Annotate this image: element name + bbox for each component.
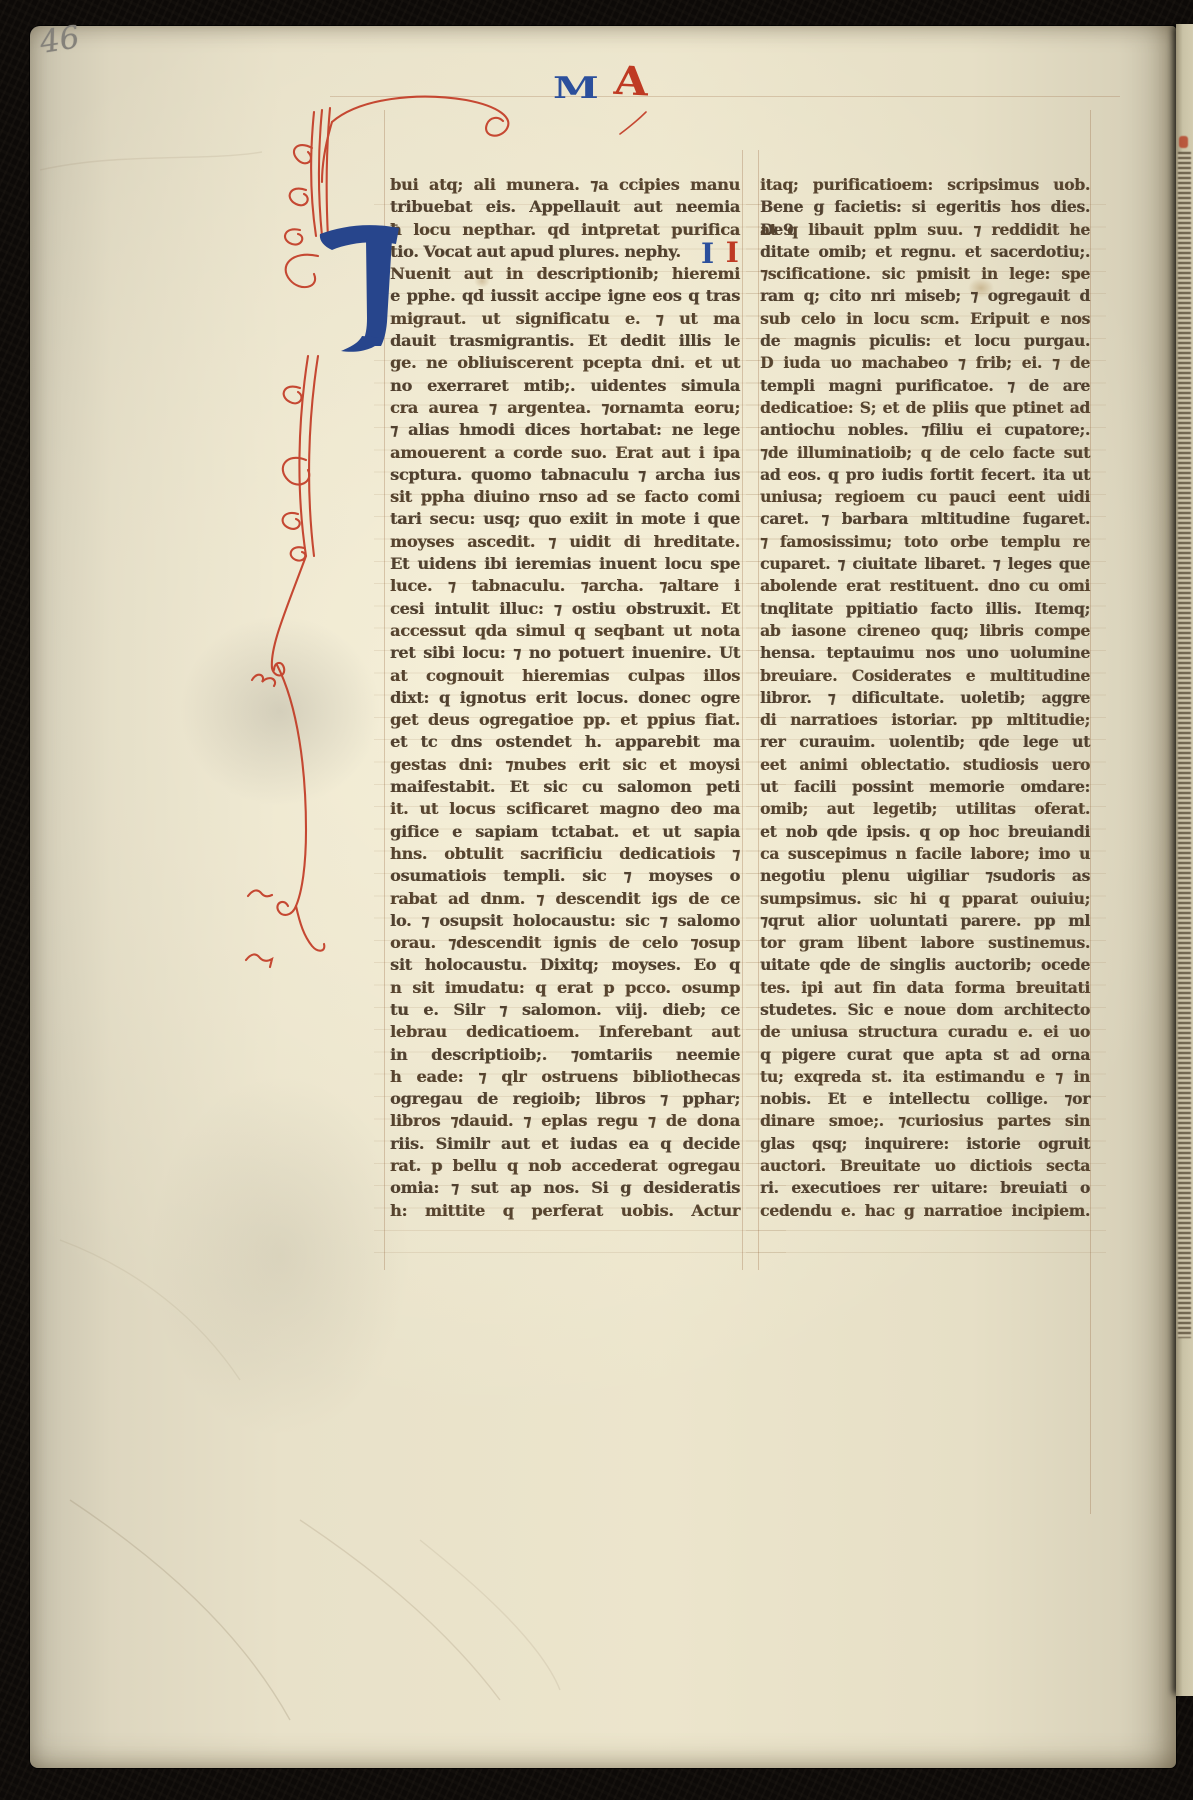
text-line: cedendu e. hac g narratioe incipiem. xyxy=(760,1200,1090,1222)
text-line: auctori. Breuitate uo dictiois secta xyxy=(760,1155,1090,1177)
text-line: ⁊ alias hmodi dices hortabat: ne lege xyxy=(390,419,740,441)
text-line: di narratioes istoriar. pp mltitudie; xyxy=(760,709,1090,731)
text-line: ut facili possint memorie omdare: xyxy=(760,776,1090,798)
text-line: it. ut locus scificaret magno deo ma xyxy=(390,798,740,820)
text-line: tu; exqreda st. ita estimandu e ⁊ in xyxy=(760,1066,1090,1088)
text-line: ⁊ famosissimu; toto orbe templu re xyxy=(760,531,1090,553)
text-line: lo. ⁊ osupsit holocaustu: sic ⁊ salomo xyxy=(390,910,740,932)
text-line: tio. Vocat aut apud plures. nephy. xyxy=(390,241,740,263)
next-page-edge xyxy=(1176,24,1193,1696)
column-ruling-line xyxy=(1090,110,1091,1514)
running-header-letter-blue: M xyxy=(553,73,599,103)
text-line: tribuebat eis. Appellauit aut neemia xyxy=(390,196,740,218)
text-line: hns. obtulit sacrificiu dedicatiois ⁊ xyxy=(390,843,740,865)
text-line: h eade: ⁊ qlr ostruens bibliothecas xyxy=(390,1066,740,1088)
text-line: dedicatioe: S; et de pliis que ptinet ad xyxy=(760,397,1090,419)
text-line: caret. ⁊ barbara mltitudine fugaret. xyxy=(760,508,1090,530)
parchment-smudge xyxy=(150,1076,410,1436)
text-line: rer curauim. uolentib; qde lege ut xyxy=(760,731,1090,753)
column-ruling-line xyxy=(758,150,759,1270)
text-line: tnqlitate ppitiatio facto illis. Itemq; xyxy=(760,598,1090,620)
text-line: itaq; purificatioem: scripsimus uob. xyxy=(760,174,1090,196)
left-text-column: bui atq; ali munera. ⁊a ccipies manutrib… xyxy=(390,174,740,1222)
text-line: bui atq; ali munera. ⁊a ccipies manu xyxy=(390,174,740,196)
folio-number: 46 xyxy=(37,19,82,61)
text-line: eet animi oblectatio. studiosis uero xyxy=(760,754,1090,776)
text-line: osumatiois templi. sic ⁊ moyses o xyxy=(390,865,740,887)
text-line: ad eos. q pro iudis fortit fecert. ita u… xyxy=(760,464,1090,486)
text-line: omia: ⁊ sut ap nos. Si g desideratis xyxy=(390,1177,740,1199)
text-line: at q libauit pplm suu. ⁊ reddidit he xyxy=(760,219,1090,241)
text-line: maifestabit. Et sic cu salomon peti xyxy=(390,776,740,798)
text-line: uniusa; regioem cu pauci eent uidi xyxy=(760,486,1090,508)
chapter-numeral-stroke-blue: I xyxy=(700,240,715,268)
text-line: studetes. Sic e noue dom architecto xyxy=(760,999,1090,1021)
text-line: q pigere curat que apta st ad orna xyxy=(760,1044,1090,1066)
text-line: negotiu plenu uigiliar ⁊sudoris as xyxy=(760,865,1090,887)
text-line: hensa. teptauimu nos uno uolumine xyxy=(760,642,1090,664)
text-line: moyses ascedit. ⁊ uidit di hreditate. xyxy=(390,531,740,553)
text-line: gifice e sapiam tctabat. et ut sapia xyxy=(390,821,740,843)
header-ruling-line xyxy=(330,96,1120,97)
text-line: omib; aut legetib; utilitas oferat. xyxy=(760,798,1090,820)
text-line: antiochu nobles. ⁊filiu ei cupatore;. xyxy=(760,419,1090,441)
text-line: amouerent a corde suo. Erat aut i ipa xyxy=(390,442,740,464)
text-line: e pphe. qd iussit accipe igne eos q tras xyxy=(390,285,740,307)
text-line: cesi intulit illuc: ⁊ ostiu obstruxit. E… xyxy=(390,598,740,620)
column-ruling-line xyxy=(742,150,743,1270)
text-line: uitate qde de singlis auctorib; ocede xyxy=(760,954,1090,976)
text-line: ⁊qrut alior uoluntati parere. pp ml xyxy=(760,910,1090,932)
text-line: de uniusa structura curadu e. ei uo xyxy=(760,1021,1090,1043)
text-line: et tc dns ostendet h. apparebit ma xyxy=(390,731,740,753)
text-line: dauit trasmigrantis. Et dedit illis le xyxy=(390,330,740,352)
text-line: lebrau dedicatioem. Inferebant aut xyxy=(390,1021,740,1043)
text-line: dixt: q ignotus erit locus. donec ogre xyxy=(390,687,740,709)
text-line: n sit imudatu: q erat p pcco. osump xyxy=(390,977,740,999)
next-page-text-edge xyxy=(1178,152,1191,1338)
text-line: templi magni purificatoe. ⁊ de are xyxy=(760,375,1090,397)
text-line: glas qsq; inquirere: istorie ogruit xyxy=(760,1133,1090,1155)
text-line: Bene g facietis: si egeritis hos dies. D… xyxy=(760,196,1090,218)
running-header-letter-red: A xyxy=(613,61,649,102)
next-page-rubric-mark xyxy=(1179,136,1188,148)
text-line: cra aurea ⁊ argentea. ⁊ornamta eoru; xyxy=(390,397,740,419)
text-line: ogregau de regioib; libros ⁊ pphar; xyxy=(390,1088,740,1110)
text-line: nobis. Et e intellectu collige. ⁊or xyxy=(760,1088,1090,1110)
text-line: ab iasone cireneo quq; libris compe xyxy=(760,620,1090,642)
text-line: ri. executioes rer uitare: breuiati o xyxy=(760,1177,1090,1199)
text-line: h: mittite q perferat uobis. Actur xyxy=(390,1200,740,1222)
chapter-numeral-stroke-red: I xyxy=(725,239,740,267)
text-line: riis. Similr aut et iudas ea q decide xyxy=(390,1133,740,1155)
chapter-numeral-II: I I xyxy=(700,240,740,268)
text-line: cuparet. ⁊ ciuitate libaret. ⁊ leges que xyxy=(760,553,1090,575)
text-line: gestas dni: ⁊nubes erit sic et moysi xyxy=(390,754,740,776)
text-line: tu e. Silr ⁊ salomon. viij. dieb; ce xyxy=(390,999,740,1021)
text-line: Nuenit aut in descriptionib; hieremi xyxy=(390,263,740,285)
text-line: migraut. ut significatu e. ⁊ ut ma xyxy=(390,308,740,330)
text-line: tari secu: usq; quo exiit in mote i que xyxy=(390,508,740,530)
text-line: at cognouit hieremias culpas illos xyxy=(390,665,740,687)
text-line: sit ppha diuino rnso ad se facto comi xyxy=(390,486,740,508)
text-line: luce. ⁊ tabnaculu. ⁊archa. ⁊altare i xyxy=(390,575,740,597)
text-line: Et uidens ibi ieremias inuent locu spe xyxy=(390,553,740,575)
text-line: D iuda uo machabeo ⁊ frib; ei. ⁊ de xyxy=(760,352,1090,374)
right-text-column: itaq; purificatioem: scripsimus uob.Bene… xyxy=(760,174,1090,1222)
text-line: ret sibi locu: ⁊ no potuert inuenire. Ut xyxy=(390,642,740,664)
text-line: no exerraret mtib;. uidentes simula xyxy=(390,375,740,397)
column-ruling-line xyxy=(384,110,385,1270)
text-line: orau. ⁊descendit ignis de celo ⁊osup xyxy=(390,932,740,954)
text-line: dinare smoe;. ⁊curiosius partes sin xyxy=(760,1110,1090,1132)
text-line: ditate omib; et regnu. et sacerdotiu;. xyxy=(760,241,1090,263)
text-line: rabat ad dnm. ⁊ descendit igs de ce xyxy=(390,888,740,910)
text-line: sub celo in locu scm. Eripuit e nos xyxy=(760,308,1090,330)
text-line: ram q; cito nri miseb; ⁊ ogregauit d xyxy=(760,285,1090,307)
text-line: accessut qda simul q seqbant ut nota xyxy=(390,620,740,642)
text-line: scptura. quomo tabnaculu ⁊ archa ius xyxy=(390,464,740,486)
text-line: libros ⁊dauid. ⁊ eplas regu ⁊ de dona xyxy=(390,1110,740,1132)
text-line: ⁊scificatione. sic pmisit in lege: spe xyxy=(760,263,1090,285)
text-line: ca suscepimus n facile labore; imo u xyxy=(760,843,1090,865)
text-line: sit holocaustu. Dixitq; moyses. Eo q xyxy=(390,954,740,976)
text-line: rat. p bellu q nob accederat ogregau xyxy=(390,1155,740,1177)
text-line: abolende erat restituent. dno cu omi xyxy=(760,575,1090,597)
text-line: et nob qde ipsis. q op hoc breuiandi xyxy=(760,821,1090,843)
text-line: tor gram libent labore sustinemus. xyxy=(760,932,1090,954)
text-line: sumpsimus. sic hi q pparat ouiuiu; xyxy=(760,888,1090,910)
text-line: in descriptioib;. ⁊omtariis neemie xyxy=(390,1044,740,1066)
parchment-smudge xyxy=(180,616,380,806)
text-line: tes. ipi aut fin data forma breuitati xyxy=(760,977,1090,999)
text-line: ⁊de illuminatioib; q de celo facte sut xyxy=(760,442,1090,464)
text-line: get deus ogregatioe pp. et ppius fiat. xyxy=(390,709,740,731)
text-line: ħ locu nepthar. qd intpretat purifica xyxy=(390,219,740,241)
text-line: de magnis piculis: et locu purgau. xyxy=(760,330,1090,352)
text-line: breuiare. Cosiderates e multitudine xyxy=(760,665,1090,687)
text-line: ge. ne obliuiscerent pcepta dni. et ut xyxy=(390,352,740,374)
text-line: libror. ⁊ dificultate. uoletib; aggre xyxy=(760,687,1090,709)
